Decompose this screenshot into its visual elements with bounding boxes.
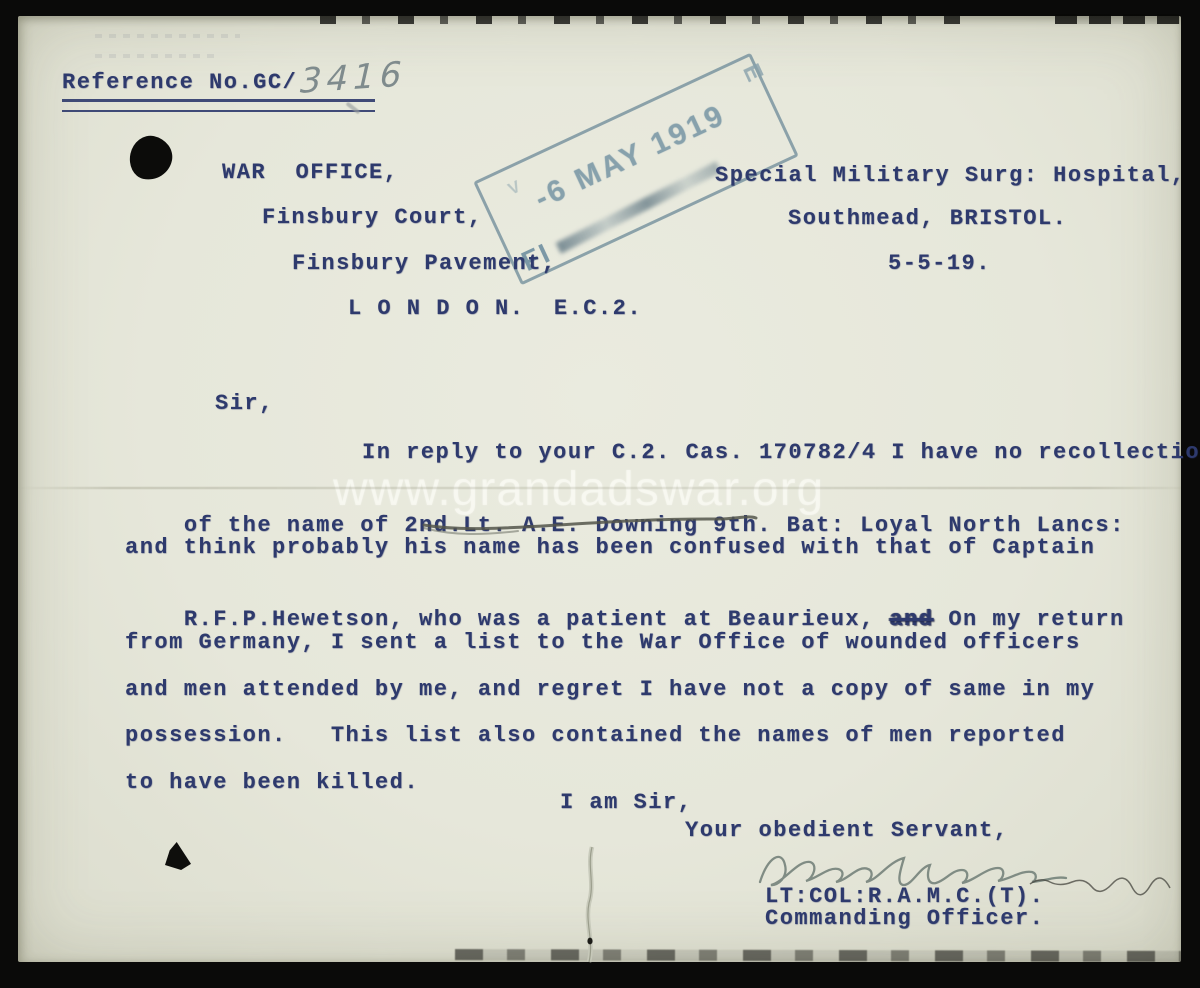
watermark: www.grandadswar.org	[333, 462, 824, 517]
torn-bottom-edge	[455, 949, 1181, 962]
paper-tear-line	[1028, 872, 1178, 898]
body-text: On my return	[934, 607, 1125, 632]
fold-crease	[18, 487, 1181, 489]
sender-line-finsbury-pavement: Finsbury Pavement,	[292, 251, 557, 276]
signature-role: Commanding Officer.	[765, 906, 1044, 931]
ghost-ink-marks	[95, 34, 240, 38]
body-line: to have been killed.	[125, 770, 419, 795]
body-line: and men attended by me, and regret I hav…	[125, 677, 1095, 702]
body-line: possession. This list also contained the…	[125, 723, 1066, 748]
body-line: and think probably his name has been con…	[125, 535, 1095, 560]
torn-top-edge	[320, 16, 980, 24]
sender-line-war-office: WAR OFFICE,	[222, 160, 398, 185]
reference-underline	[62, 99, 375, 112]
vertical-tear	[578, 845, 604, 965]
closing-i-am-sir: I am Sir,	[560, 790, 692, 815]
sender-line-london: L O N D O N. E.C.2.	[348, 296, 642, 321]
recipient-line-southmead: Southmead, BRISTOL.	[788, 206, 1067, 231]
recipient-line-hospital: Special Military Surg: Hospital,	[715, 163, 1185, 188]
body-text: R.F.P.Hewetson, who was a patient at Bea…	[184, 607, 890, 632]
reference-number-handwritten: 3416	[299, 54, 407, 102]
reference-label: Reference No.GC/	[62, 70, 297, 95]
struck-word: and	[890, 607, 934, 632]
sender-line-finsbury-court: Finsbury Court,	[262, 205, 483, 230]
scanned-letter-page: Reference No.GC/ 3416 V -6 MAY 1919 E FI…	[0, 0, 1200, 988]
ghost-ink-marks	[95, 54, 215, 58]
torn-top-edge-right	[1055, 14, 1180, 24]
body-line: from Germany, I sent a list to the War O…	[125, 630, 1081, 655]
letter-date: 5-5-19.	[888, 251, 991, 276]
salutation: Sir,	[215, 391, 274, 416]
